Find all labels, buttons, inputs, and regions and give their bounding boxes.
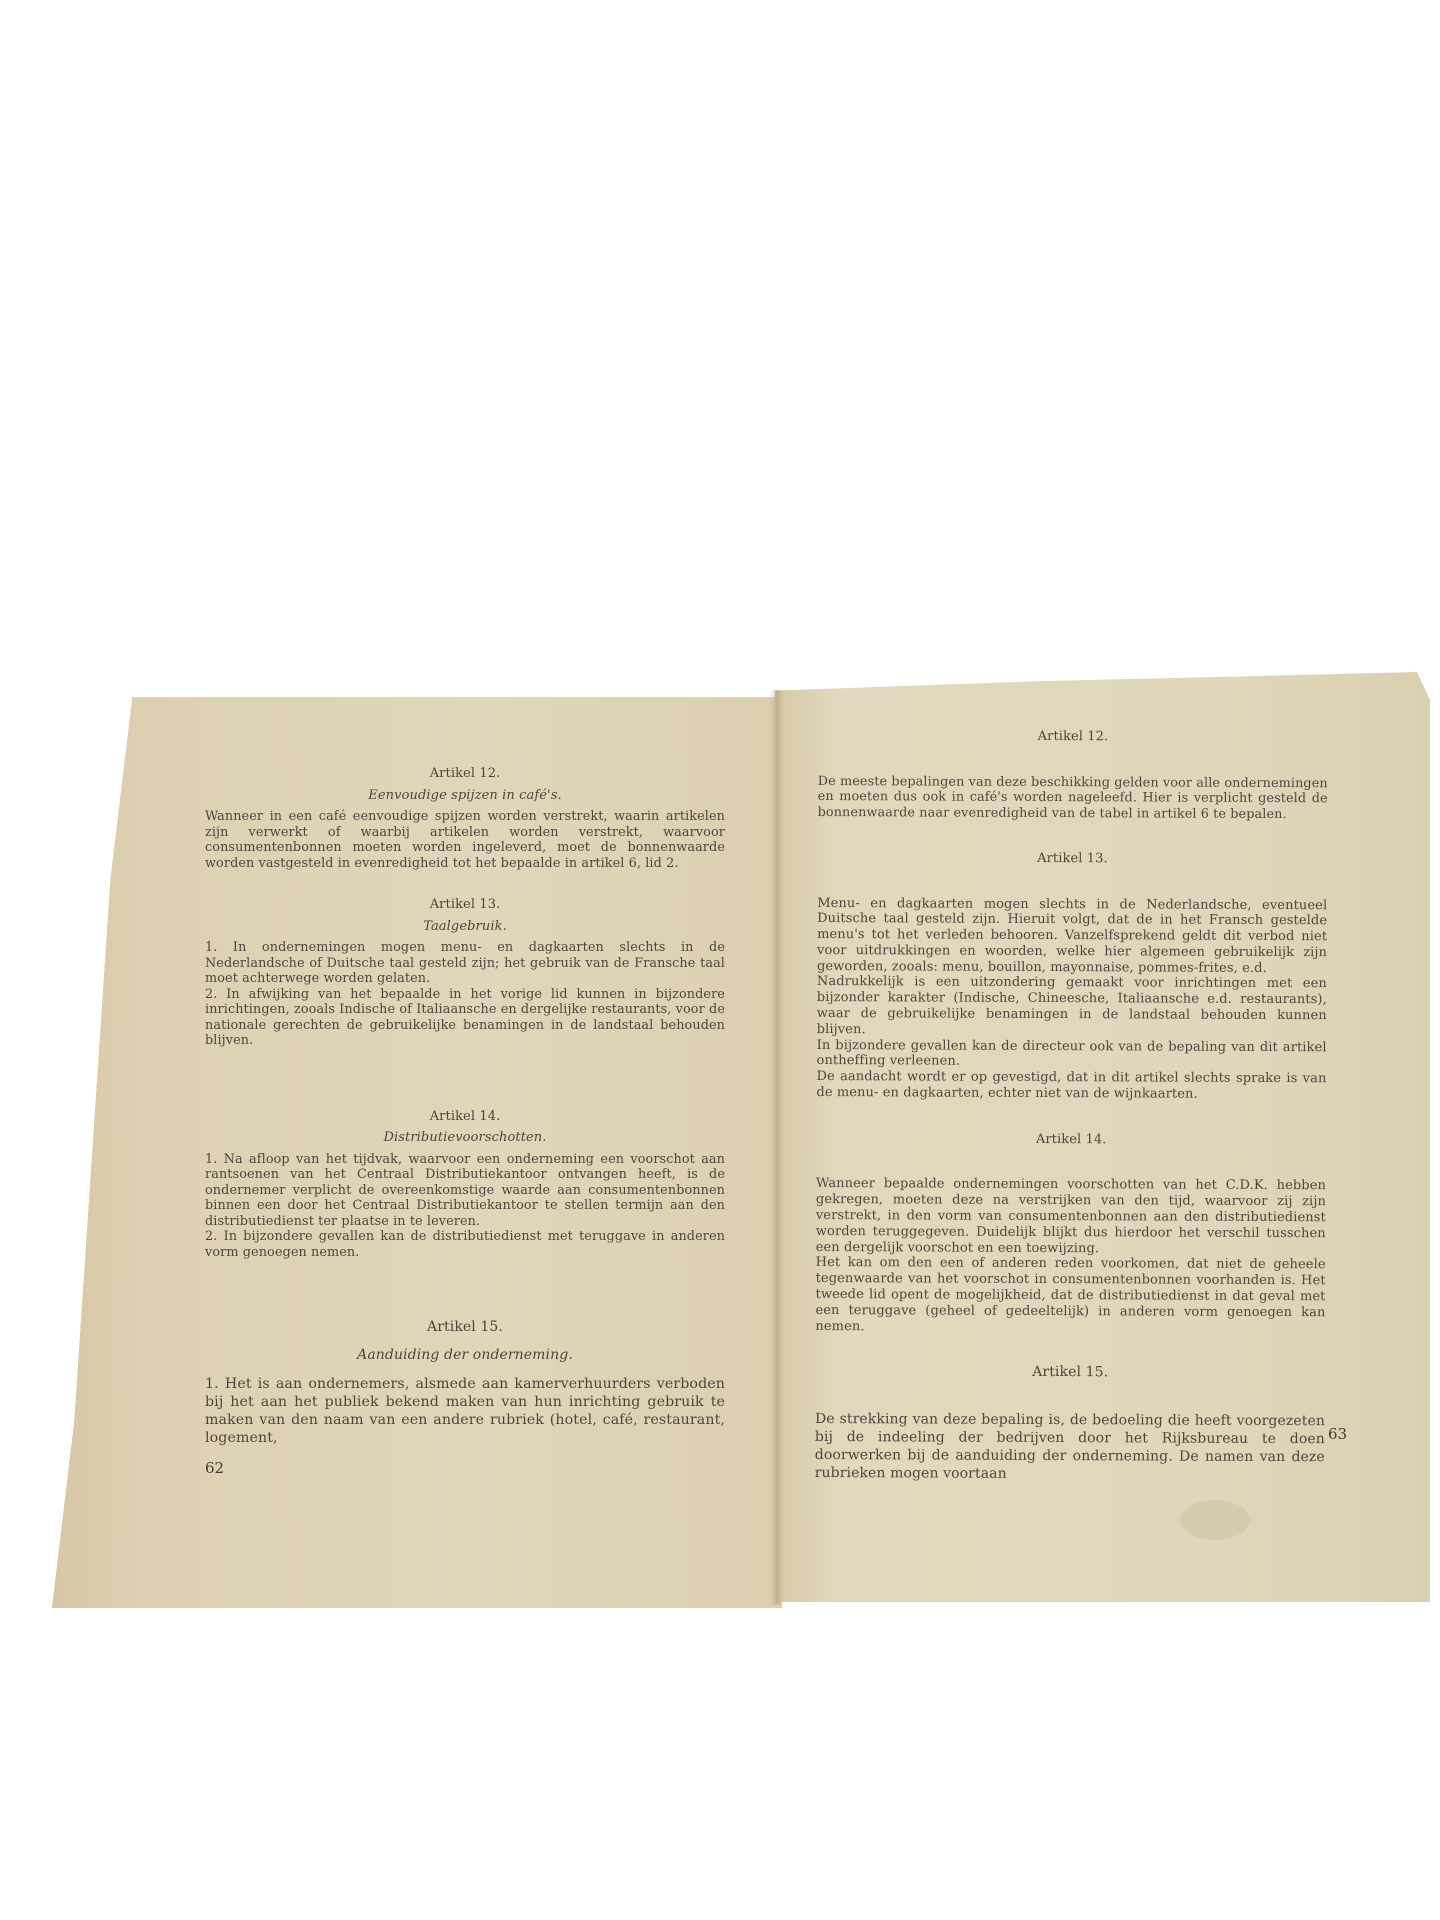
commentary-article-13: Artikel 13. Menu- en dagkaarten mogen sl… bbox=[816, 850, 1327, 1103]
article-paragraph: In bijzondere gevallen kan de directeur … bbox=[817, 1038, 1327, 1072]
article-paragraph: De strekking van deze bepaling is, de be… bbox=[815, 1410, 1325, 1484]
article-paragraph: Nadrukkelijk is een uitzondering gemaakt… bbox=[817, 974, 1327, 1039]
article-paragraph: 2. In afwijking van het bepaalde in het … bbox=[205, 987, 725, 1049]
book-gutter bbox=[770, 690, 784, 1605]
commentary-article-12: Artikel 12. De meeste bepalingen van dez… bbox=[818, 728, 1328, 822]
commentary-article-14: Artikel 14. Wanneer bepaalde onderneming… bbox=[815, 1131, 1326, 1337]
article-paragraph: Wanneer in een café eenvoudige spijzen w… bbox=[205, 809, 725, 871]
article-title: Artikel 14. bbox=[205, 1109, 725, 1125]
article-paragraph: Wanneer bepaalde ondernemingen voorschot… bbox=[816, 1176, 1326, 1257]
left-page-text: Artikel 12. Eenvoudige spijzen in café's… bbox=[205, 766, 725, 1473]
article-paragraph: 1. Het is aan ondernemers, alsmede aan k… bbox=[205, 1375, 725, 1447]
article-paragraph: 1. In ondernemingen mogen menu- en dagka… bbox=[205, 940, 725, 987]
right-page-text: Artikel 12. De meeste bepalingen van dez… bbox=[815, 728, 1328, 1514]
article-subtitle: Taalgebruik. bbox=[205, 919, 725, 935]
article-paragraph: De meeste bepalingen van deze beschikkin… bbox=[818, 773, 1328, 822]
page-number-left: 62 bbox=[205, 1459, 224, 1477]
article-subtitle: Eenvoudige spijzen in café's. bbox=[205, 788, 725, 804]
article-title: Artikel 15. bbox=[205, 1320, 725, 1336]
article-15: Artikel 15. Aanduiding der onderneming. … bbox=[205, 1320, 725, 1447]
article-title: Artikel 14. bbox=[816, 1131, 1326, 1149]
article-title: Artikel 12. bbox=[818, 728, 1328, 746]
page-number-right: 63 bbox=[1328, 1425, 1347, 1443]
article-title: Artikel 13. bbox=[817, 850, 1327, 868]
article-paragraph: Het kan om den een of anderen reden voor… bbox=[815, 1255, 1325, 1336]
open-booklet: Artikel 12. Eenvoudige spijzen in café's… bbox=[0, 0, 1440, 1920]
article-subtitle: Distributievoorschotten. bbox=[205, 1130, 725, 1146]
article-paragraph: De aandacht wordt er op gevestigd, dat i… bbox=[816, 1069, 1326, 1103]
article-paragraph: Menu- en dagkaarten mogen slechts in de … bbox=[817, 895, 1327, 976]
article-paragraph: 2. In bijzondere gevallen kan de distrib… bbox=[205, 1229, 725, 1260]
article-12: Artikel 12. Eenvoudige spijzen in café's… bbox=[205, 766, 725, 871]
article-13: Artikel 13. Taalgebruik. 1. In ondernemi… bbox=[205, 897, 725, 1049]
article-paragraph: 1. Na afloop van het tijdvak, waarvoor e… bbox=[205, 1152, 725, 1230]
article-title: Artikel 15. bbox=[815, 1364, 1325, 1382]
article-title: Artikel 13. bbox=[205, 897, 725, 913]
commentary-article-15: Artikel 15. De strekking van deze bepali… bbox=[815, 1364, 1326, 1484]
article-14: Artikel 14. Distributievoorschotten. 1. … bbox=[205, 1109, 725, 1261]
article-subtitle: Aanduiding der onderneming. bbox=[205, 1348, 725, 1364]
article-title: Artikel 12. bbox=[205, 766, 725, 782]
